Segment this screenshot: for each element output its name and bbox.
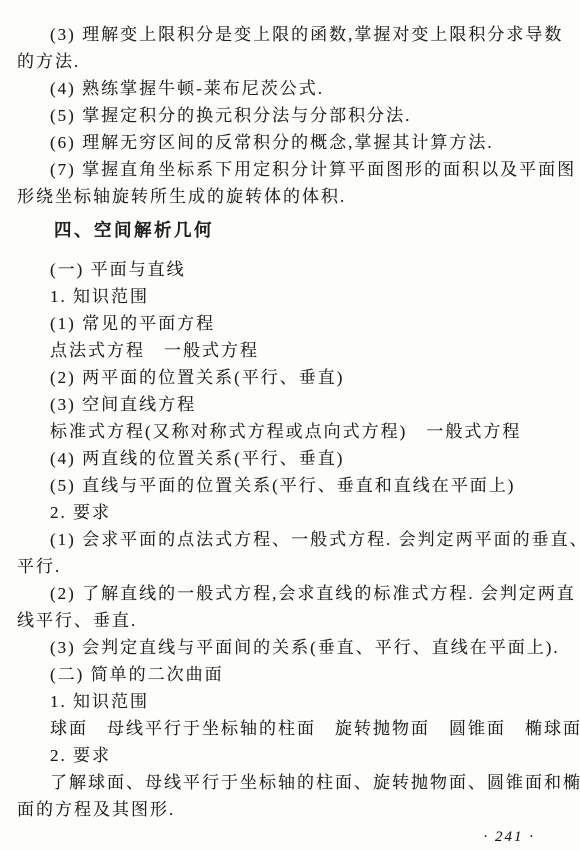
- text-lines: (3) 理解变上限积分是变上限的函数,掌握对变上限积分求导数的方法.(4) 熟练…: [17, 21, 563, 823]
- text-line: (7) 掌握直角坐标系下用定积分计算平面图形的面积以及平面图: [17, 156, 563, 183]
- text-line: (2) 了解直线的一般式方程,会求直线的标准式方程. 会判定两直: [17, 580, 563, 607]
- text-line: (2) 两平面的位置关系(平行、垂直): [17, 364, 563, 391]
- text-line: (二) 简单的二次曲面: [17, 661, 563, 688]
- text-line: 平行.: [17, 553, 563, 580]
- text-line: 2. 要求: [17, 499, 563, 526]
- text-line: (3) 理解变上限积分是变上限的函数,掌握对变上限积分求导数: [17, 21, 563, 48]
- text-line: (6) 理解无穷区间的反常积分的概念,掌握其计算方法.: [17, 129, 563, 156]
- text-line: (4) 熟练掌握牛顿-莱布尼茨公式.: [17, 75, 563, 102]
- text-line: 面的方程及其图形.: [17, 796, 563, 823]
- text-line: 1. 知识范围: [17, 688, 563, 715]
- text-line: (4) 两直线的位置关系(平行、垂直): [17, 445, 563, 472]
- text-line: 了解球面、母线平行于坐标轴的柱面、旋转抛物面、圆锥面和椭球: [17, 769, 563, 796]
- text-line: (5) 直线与平面的位置关系(平行、垂直和直线在平面上): [17, 472, 563, 499]
- document-page: (3) 理解变上限积分是变上限的函数,掌握对变上限积分求导数的方法.(4) 熟练…: [0, 0, 580, 850]
- text-line: 的方法.: [17, 48, 563, 75]
- text-line: (3) 会判定直线与平面间的关系(垂直、平行、直线在平面上).: [17, 634, 563, 661]
- text-line: 2. 要求: [17, 742, 563, 769]
- text-line: 1. 知识范围: [17, 283, 563, 310]
- text-line: 形绕坐标轴旋转所生成的旋转体的体积.: [17, 183, 563, 210]
- text-line: (1) 会求平面的点法式方程、一般式方程. 会判定两平面的垂直、: [17, 526, 563, 553]
- text-line: 标准式方程(又称对称式方程或点向式方程) 一般式方程: [17, 418, 563, 445]
- text-line: 线平行、垂直.: [17, 607, 563, 634]
- page-number: · 241 ·: [17, 826, 563, 848]
- text-line: 球面 母线平行于坐标轴的柱面 旋转抛物面 圆锥面 椭球面: [17, 715, 563, 742]
- text-line: (1) 常见的平面方程: [17, 310, 563, 337]
- text-line: (3) 空间直线方程: [17, 391, 563, 418]
- section-heading: 四、空间解析几何: [17, 217, 563, 244]
- text-line: (一) 平面与直线: [17, 256, 563, 283]
- text-line: 点法式方程 一般式方程: [17, 337, 563, 364]
- text-line: (5) 掌握定积分的换元积分法与分部积分法.: [17, 102, 563, 129]
